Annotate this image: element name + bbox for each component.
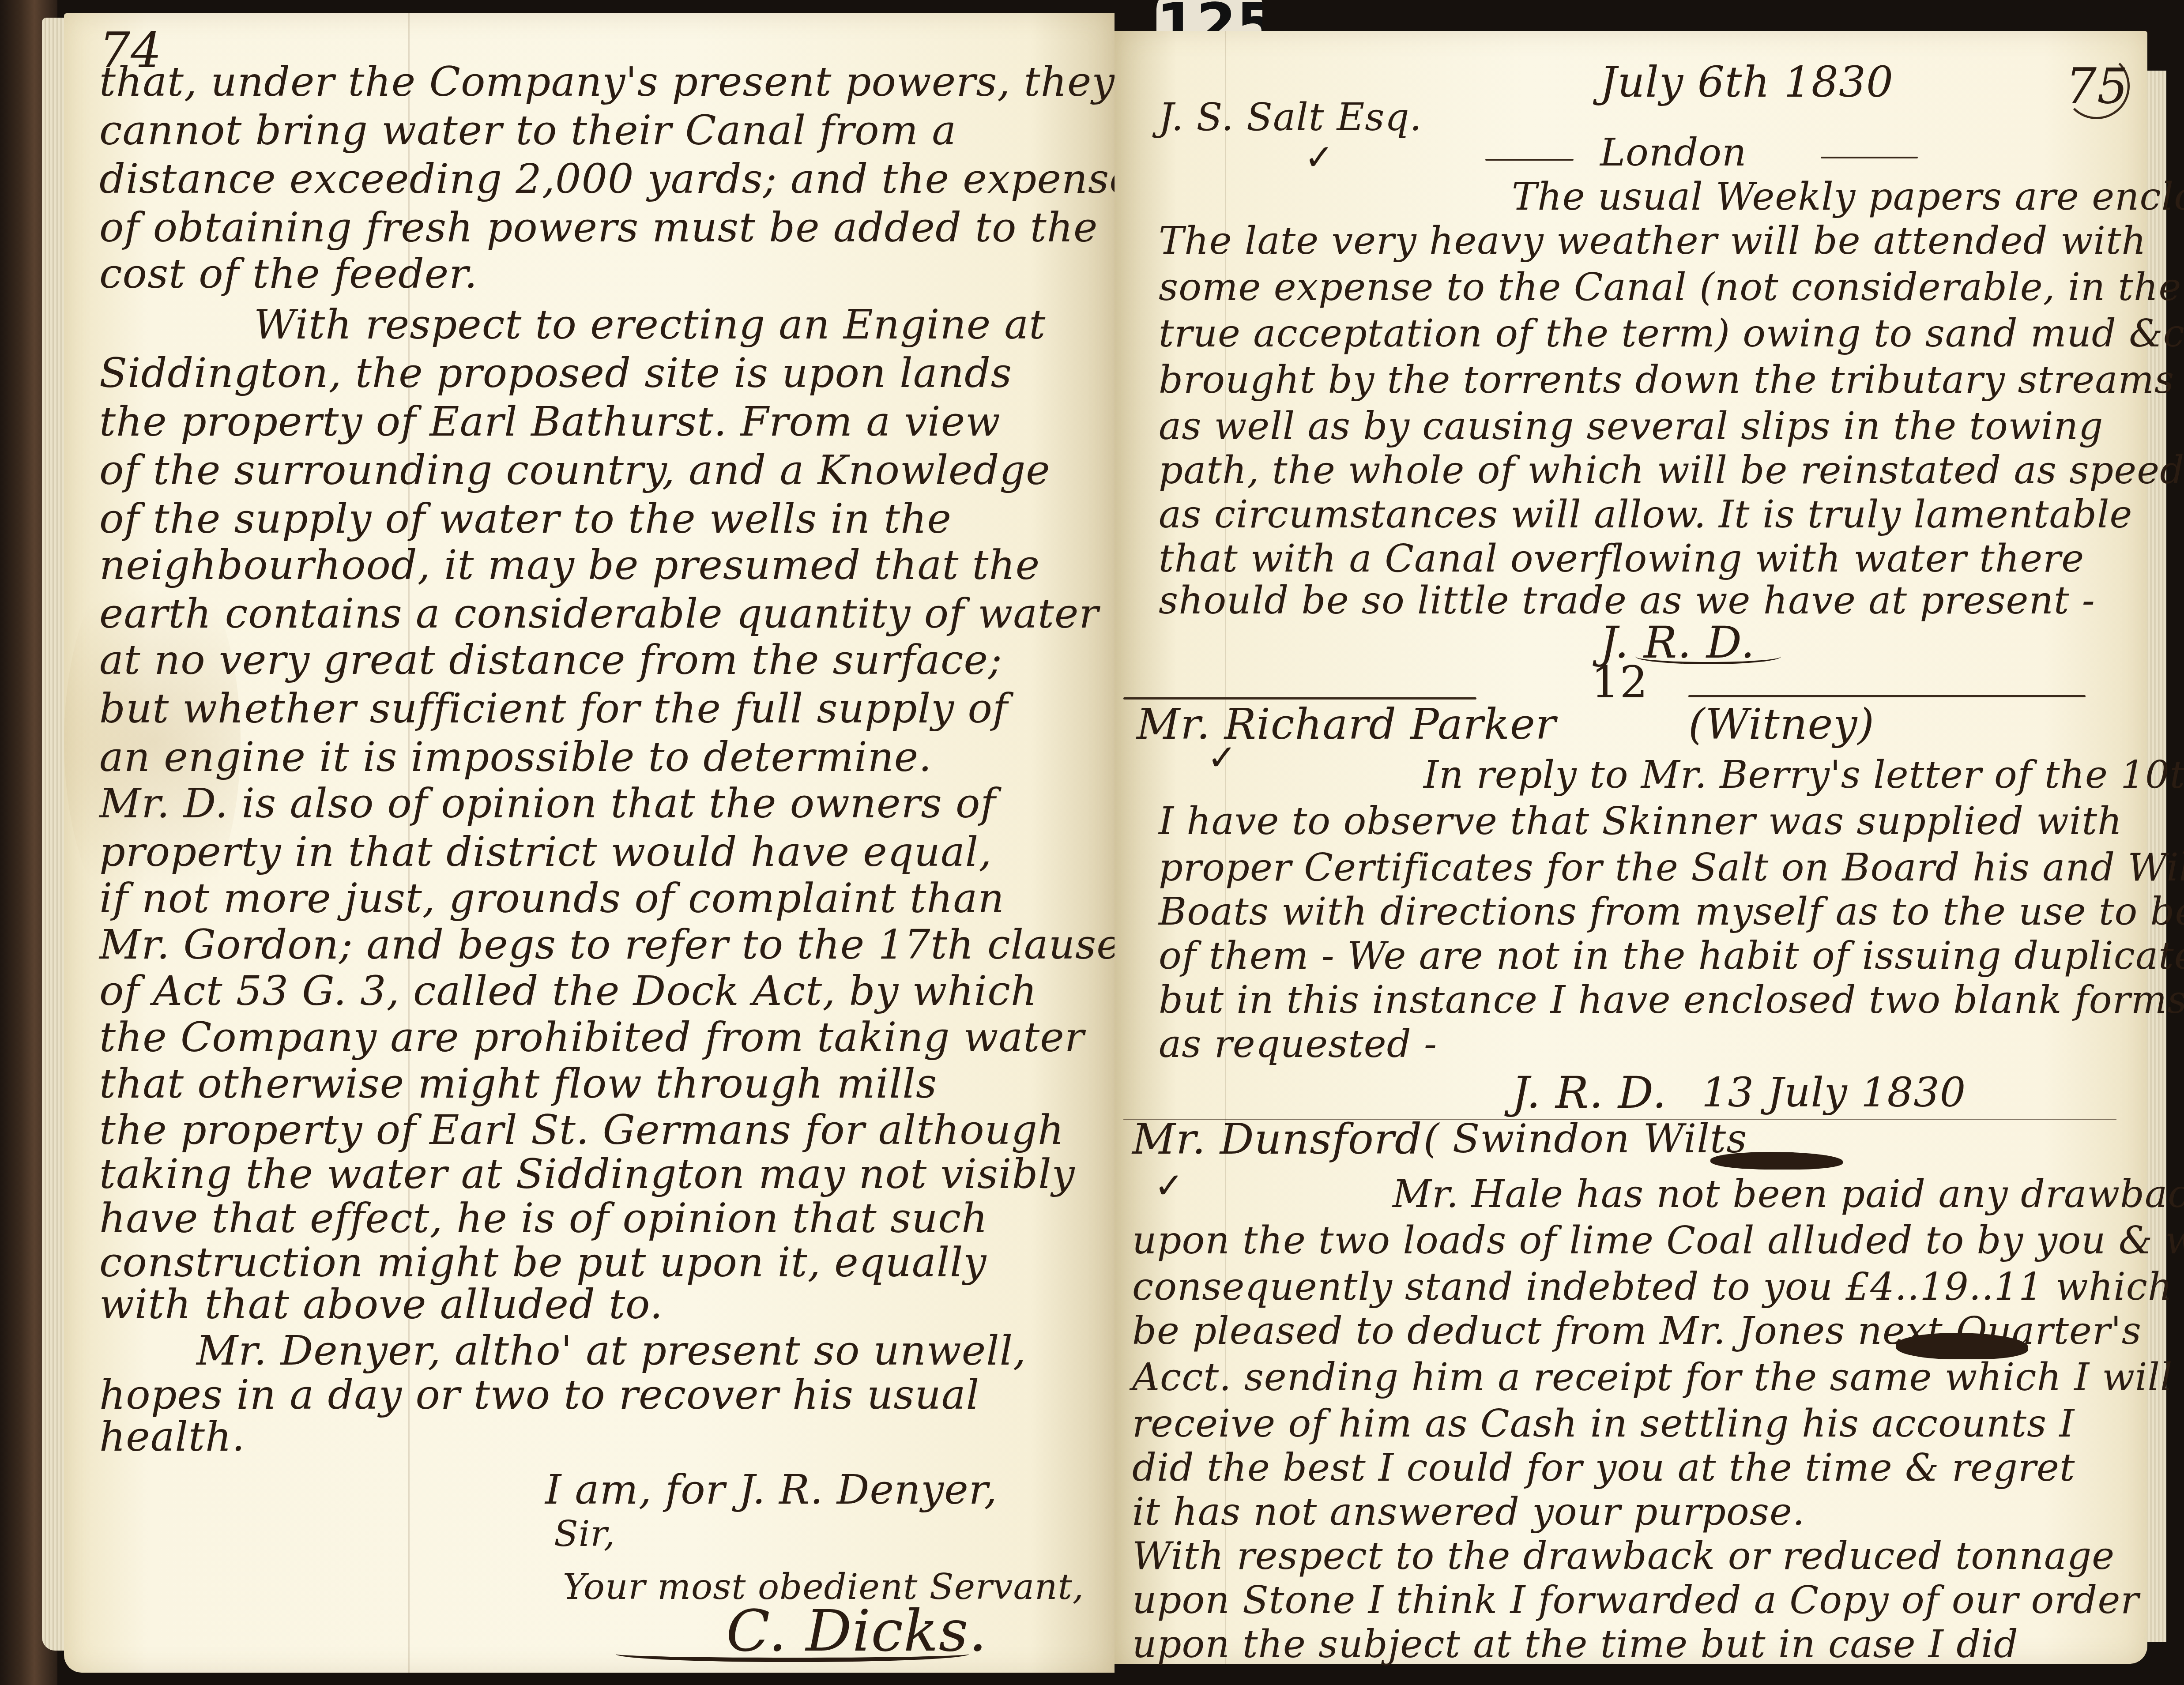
text-line: In reply to Mr. Berry's letter of the 10… [1423,755,2184,795]
letter-place: (Witney) [1688,704,1875,745]
text-line: construction might be put upon it, equal… [99,1242,987,1283]
decorative-rule [1821,157,1918,158]
text-line: should be so little trade as we have at … [1159,580,2095,621]
text-line: upon the two loads of lime Coal alluded … [1132,1220,2184,1261]
text-line: the Company are prohibited from taking w… [99,1017,1084,1058]
text-line: as well as by causing several slips in t… [1159,406,2103,447]
text-line: of the supply of water to the wells in t… [99,499,952,539]
letter-place: ( Swindon Wilts [1423,1119,1747,1159]
text-line: some expense to the Canal (not considera… [1159,267,2181,308]
letter-addressee: J. S. Salt Esq. [1159,97,1422,138]
letter-addressee: Mr. Dunsford [1132,1119,1422,1159]
text-line: With respect to erecting an Engine at [254,305,1046,345]
text-line: did the best I could for you at the time… [1132,1448,2075,1488]
letter-signoff: J. R. D. [1512,1072,1667,1113]
text-line: The late very heavy weather will be atte… [1159,221,2146,261]
folio-number: 75 [2064,53,2130,119]
text-line: have that effect, he is of opinion that … [99,1198,988,1239]
letter-date: July 6th 1830 [1600,62,1894,102]
signoff-flourish [1635,649,1781,664]
text-line: of them - We are not in the habit of iss… [1159,936,2184,976]
text-line: upon the subject at the time but in case… [1132,1624,2018,1665]
text-line: cannot bring water to their Canal from a [99,110,956,151]
text-line: The usual Weekly papers are enclosed [1512,177,2184,217]
text-line: upon Stone I think I forwarded a Copy of… [1132,1580,2139,1621]
text-line: With respect to the drawback or reduced … [1132,1536,2115,1576]
letter-date: 13 July 1830 [1702,1072,1966,1113]
text-line: at no very great distance from the surfa… [99,640,1002,681]
text-line: it has not answered your purpose. [1132,1492,1805,1532]
text-line: the property of Earl Bathurst. From a vi… [99,402,1001,442]
text-line: hopes in a day or two to recover his usu… [99,1375,979,1415]
entry-number: 12 [1591,662,1648,703]
text-line: Boats with directions from myself as to … [1159,891,2184,932]
text-line: brought by the torrents down the tributa… [1159,360,2174,400]
text-line: with that above alluded to. [99,1284,663,1325]
text-line: taking the water at Siddington may not v… [99,1154,1075,1195]
text-line: I have to observe that Skinner was suppl… [1159,801,2122,842]
section-rule [1688,695,2086,697]
text-line: as requested - [1159,1024,1437,1064]
text-line: true acceptation of the term) owing to s… [1159,313,2184,354]
text-line: consequently stand indebted to you £4..1… [1132,1267,2184,1307]
right-page: 75 July 6th 1830 J. S. Salt Esq. London … [1115,31,2147,1664]
text-line: cost of the feeder. [99,254,478,294]
checkmark-icon: ✓ [1304,137,1334,178]
text-line: Mr. Gordon; and begs to refer to the 17t… [99,925,1121,965]
letter-place: London [1600,132,1747,173]
ink-blot [1710,1152,1843,1170]
text-line: Mr. Denyer, altho' at present so unwell, [196,1331,1026,1371]
text-line: that with a Canal overflowing with water… [1159,538,2084,579]
text-line: of Act 53 G. 3, called the Dock Act, by … [99,971,1037,1012]
text-line: receive of him as Cash in settling his a… [1132,1403,2075,1444]
left-page: 74 that, under the Company's present pow… [64,13,1115,1673]
text-line: as circumstances will allow. It is truly… [1159,494,2132,535]
text-line: an engine it is impossible to determine. [99,737,932,778]
text-line: of obtaining fresh powers must be added … [99,207,1098,248]
text-line: property in that district would have equ… [99,832,992,873]
letter-addressee: Mr. Richard Parker [1137,704,1556,745]
text-line: Mr. D. is also of opinion that the owner… [99,783,996,824]
text-line: of the surrounding country, and a Knowle… [99,450,1051,491]
text-line: Mr. Hale has not been paid any drawback [1393,1174,2184,1215]
text-line: path, the whole of which will be reinsta… [1159,450,2184,491]
signature-flourish [616,1646,969,1662]
text-line: if not more just, grounds of complaint t… [99,878,1005,919]
text-line: health. [99,1417,245,1457]
text-line: but in this instance I have enclosed two… [1159,980,2184,1020]
text-line: earth contains a considerable quantity o… [99,594,1099,634]
checkmark-icon: ✓ [1154,1165,1184,1206]
text-line: neighbourhood, it may be presumed that t… [99,545,1040,586]
text-line: but whether sufficient for the full supp… [99,688,1008,729]
closing-line: I am, for J. R. Denyer, [545,1470,998,1510]
decorative-rule [1485,159,1574,161]
text-line: the property of Earl St. Germans for alt… [99,1110,1064,1151]
text-line: proper Certificates for the Salt on Boar… [1159,847,2184,888]
checkmark-icon: ✓ [1207,737,1237,778]
text-line: distance exceeding 2,000 yards; and the … [99,159,1134,199]
closing-salutation: Sir, [554,1514,615,1554]
text-line: Acct. sending him a receipt for the same… [1132,1357,2173,1398]
text-line: that, under the Company's present powers… [99,62,1115,102]
text-line: that otherwise might flow through mills [99,1064,937,1104]
text-line: Siddington, the proposed site is upon la… [99,353,1012,394]
